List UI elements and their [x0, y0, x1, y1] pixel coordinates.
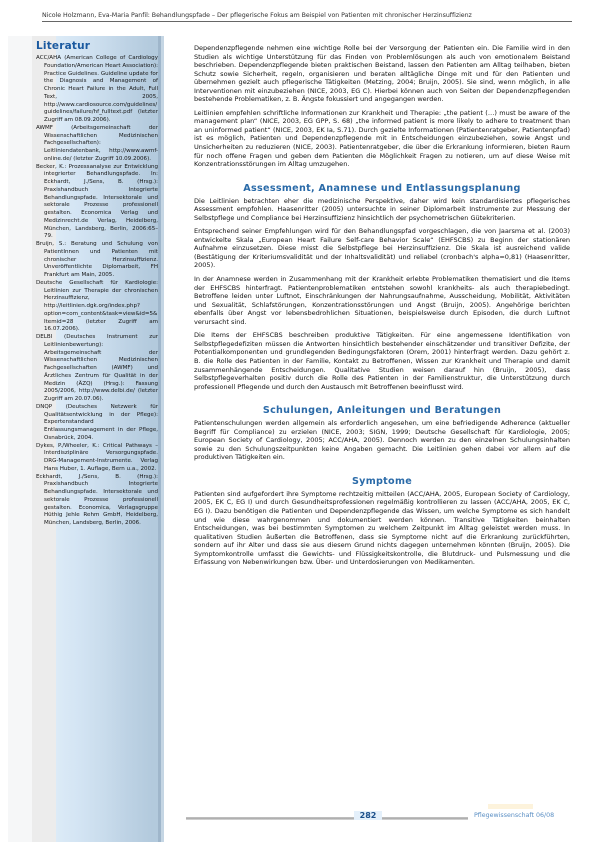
body-paragraph: Die Leitlinien betrachten eher die mediz… [194, 197, 570, 223]
body-paragraph: Leitlinien empfehlen schriftliche Inform… [194, 109, 570, 169]
decorative-highlight [488, 804, 533, 809]
reference-item: DELBI (Deutsches Instrument zur Leitlini… [36, 334, 158, 404]
body-paragraph: Die Items der EHFSCBS beschreiben produk… [194, 331, 570, 391]
section-symptome: Symptome Patienten sind aufgefordert ihr… [194, 476, 570, 567]
reference-item: ACC/AHA (American College of Cardiology … [36, 55, 158, 125]
literature-list: Literatur ACC/AHA (American College of C… [36, 40, 158, 528]
journal-name: Pflegewissenschaft 06/08 [474, 812, 554, 819]
reference-item: Deutsche Gesellschaft für Kardiologie: L… [36, 280, 158, 334]
footer-rule-right [382, 817, 468, 820]
section-schulungen: Schulungen, Anleitungen und Beratungen P… [194, 405, 570, 462]
page-number: 282 [354, 811, 382, 820]
main-text-column: Dependenzpflegende nehmen eine wichtige … [194, 44, 570, 572]
body-paragraph: Patienten sind aufgefordert ihre Symptom… [194, 490, 570, 567]
section-heading: Assessment, Anamnese und Entlassungsplan… [194, 183, 570, 194]
body-paragraph: Dependenzpflegende nehmen eine wichtige … [194, 44, 570, 104]
literature-sidebar: Literatur ACC/AHA (American College of C… [8, 36, 186, 842]
section-heading: Schulungen, Anleitungen und Beratungen [194, 405, 570, 416]
reference-item: Becker, K.: Prozessanalyse zur Entwicklu… [36, 164, 158, 242]
reference-item: Bruijn, S.: Beratung und Schulung von Pa… [36, 241, 158, 280]
reference-item: DNQP (Deutsches Netzwerk für Qualitätsen… [36, 404, 158, 443]
footer-rule-left [186, 817, 354, 820]
body-paragraph: Patientenschulungen werden allgemein als… [194, 419, 570, 462]
running-head: Nicole Holzmann, Eva-Maria Panfil: Behan… [42, 12, 572, 22]
section-assessment: Assessment, Anamnese und Entlassungsplan… [194, 183, 570, 391]
body-paragraph: Entsprechend seiner Empfehlungen wird fü… [194, 227, 570, 270]
reference-item: AWMF (Arbeitsgemeinschaft der Wissenscha… [36, 125, 158, 164]
section-heading: Symptome [194, 476, 570, 487]
body-paragraph: In der Anamnese werden in Zusammenhang m… [194, 275, 570, 326]
reference-item: Eckhardt, J./Sens, B. (Hrsg.): Praxishan… [36, 474, 158, 528]
literature-title: Literatur [36, 40, 158, 52]
reference-item: Dykes, P./Wheeler, K.: Critical Pathways… [36, 443, 158, 474]
